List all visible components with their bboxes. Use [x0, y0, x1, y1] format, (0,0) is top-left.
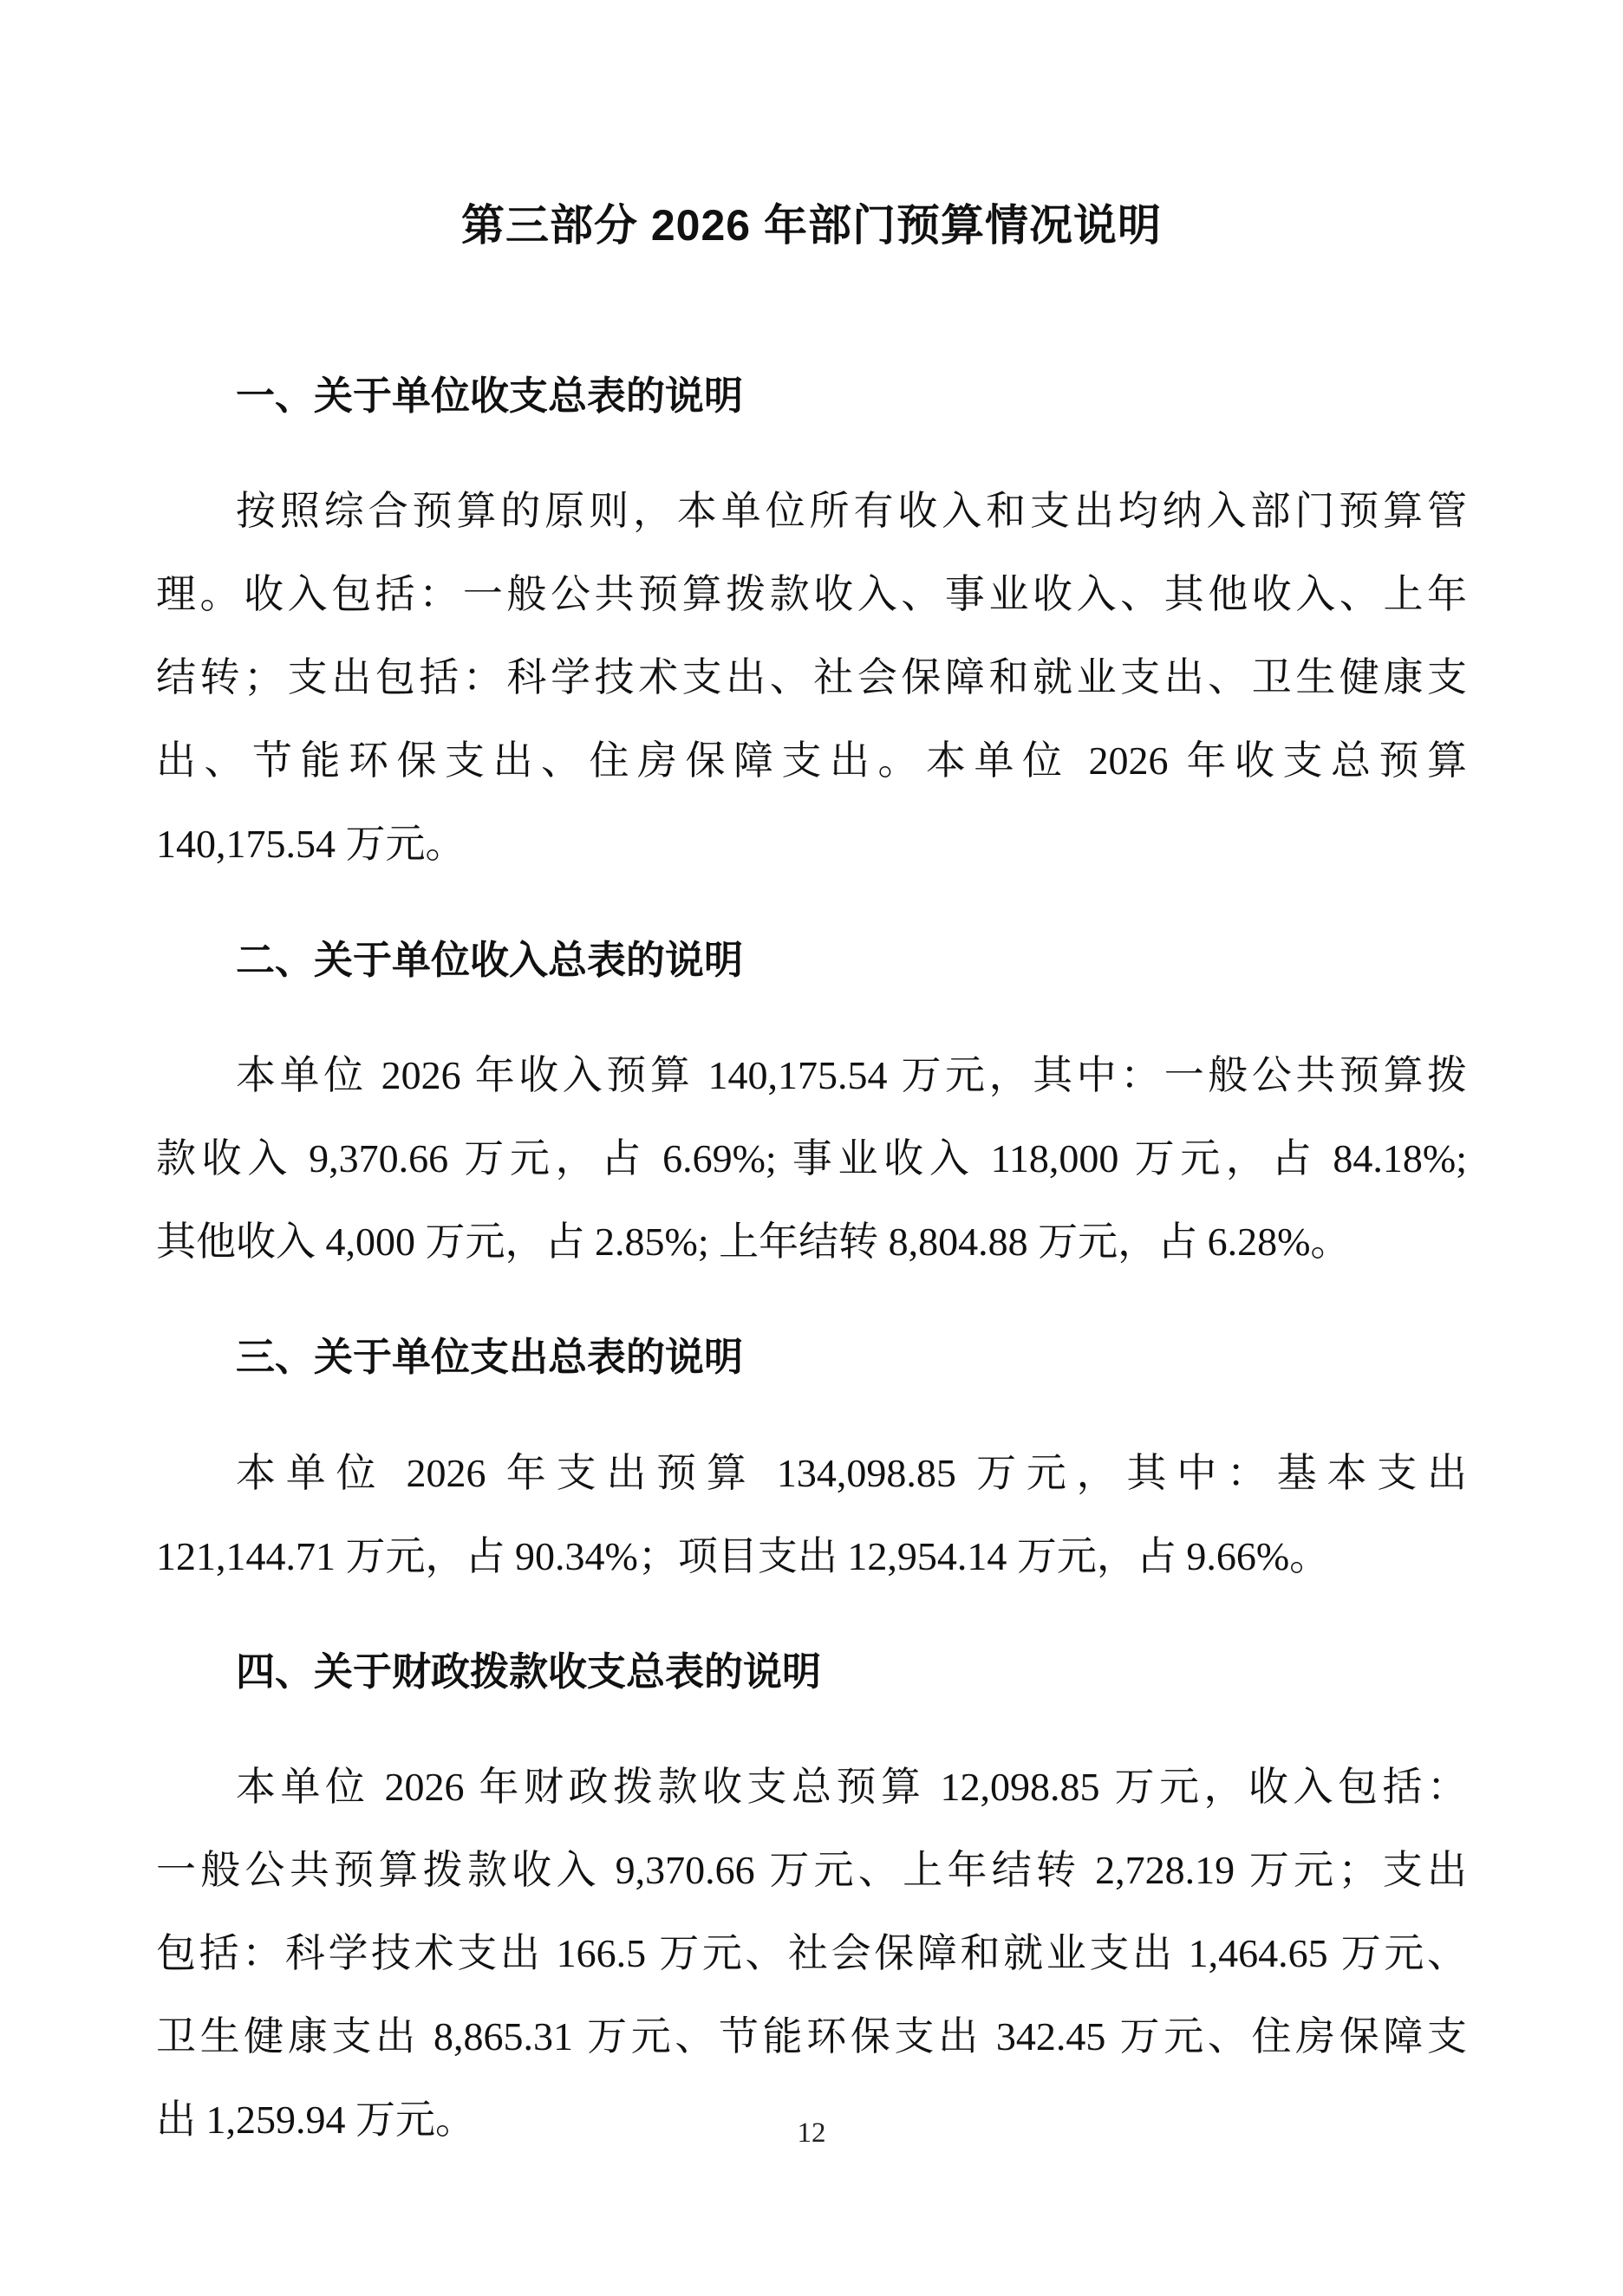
paragraph-line: 121,144.71 万元，占 90.34%；项目支出 12,954.14 万元… — [156, 1515, 1467, 1598]
paragraph-line: 出、节能环保支出、住房保障支出。本单位 2026 年收支总预算 — [156, 719, 1467, 803]
paragraph: 本单位 2026 年收入预算 140,175.54 万元，其中：一般公共预算拨款… — [156, 1034, 1467, 1284]
paragraph: 本单位 2026 年支出预算 134,098.85 万元，其中：基本支出121,… — [156, 1432, 1467, 1598]
section-heading: 一、关于单位收支总表的说明 — [156, 354, 1467, 438]
paragraph-line: 理。收入包括：一般公共预算拨款收入、事业收入、其他收入、上年 — [156, 553, 1467, 636]
paragraph-line: 140,175.54 万元。 — [156, 803, 1467, 886]
section-expenditure-summary: 三、关于单位支出总表的说明 本单位 2026 年支出预算 134,098.85 … — [156, 1316, 1467, 1597]
document-body: 一、关于单位收支总表的说明 按照综合预算的原则，本单位所有收入和支出均纳入部门预… — [156, 354, 1467, 2162]
paragraph-line: 包括：科学技术支出 166.5 万元、社会保障和就业支出 1,464.65 万元… — [156, 1912, 1467, 1995]
paragraph-line: 本单位 2026 年收入预算 140,175.54 万元，其中：一般公共预算拨 — [156, 1034, 1467, 1117]
paragraph-line: 按照综合预算的原则，本单位所有收入和支出均纳入部门预算管 — [156, 470, 1467, 553]
section-heading: 三、关于单位支出总表的说明 — [156, 1316, 1467, 1399]
paragraph-line: 其他收入 4,000 万元，占 2.85%; 上年结转 8,804.88 万元，… — [156, 1200, 1467, 1284]
paragraph-line: 本单位 2026 年支出预算 134,098.85 万元，其中：基本支出 — [156, 1432, 1467, 1515]
paragraph: 按照综合预算的原则，本单位所有收入和支出均纳入部门预算管理。收入包括：一般公共预… — [156, 470, 1467, 886]
section-heading: 四、关于财政拨款收支总表的说明 — [156, 1630, 1467, 1714]
page-number: 12 — [0, 2116, 1623, 2150]
paragraph-line: 一般公共预算拨款收入 9,370.66 万元、上年结转 2,728.19 万元；… — [156, 1829, 1467, 1912]
section-heading: 二、关于单位收入总表的说明 — [156, 919, 1467, 1002]
paragraph: 本单位 2026 年财政拨款收支总预算 12,098.85 万元，收入包括：一般… — [156, 1746, 1467, 2162]
document-title: 第三部分 2026 年部门预算情况说明 — [156, 178, 1467, 273]
paragraph-line: 款收入 9,370.66 万元，占 6.69%; 事业收入 118,000 万元… — [156, 1117, 1467, 1200]
document-page: 第三部分 2026 年部门预算情况说明 一、关于单位收支总表的说明 按照综合预算… — [0, 0, 1623, 2296]
section-fiscal-appropriation-summary: 四、关于财政拨款收支总表的说明 本单位 2026 年财政拨款收支总预算 12,0… — [156, 1630, 1467, 2162]
paragraph-line: 本单位 2026 年财政拨款收支总预算 12,098.85 万元，收入包括： — [156, 1746, 1467, 1829]
section-income-expenditure-summary: 一、关于单位收支总表的说明 按照综合预算的原则，本单位所有收入和支出均纳入部门预… — [156, 354, 1467, 886]
paragraph-line: 结转；支出包括：科学技术支出、社会保障和就业支出、卫生健康支 — [156, 636, 1467, 719]
section-income-summary: 二、关于单位收入总表的说明 本单位 2026 年收入预算 140,175.54 … — [156, 919, 1467, 1284]
paragraph-line: 卫生健康支出 8,865.31 万元、节能环保支出 342.45 万元、住房保障… — [156, 1995, 1467, 2078]
